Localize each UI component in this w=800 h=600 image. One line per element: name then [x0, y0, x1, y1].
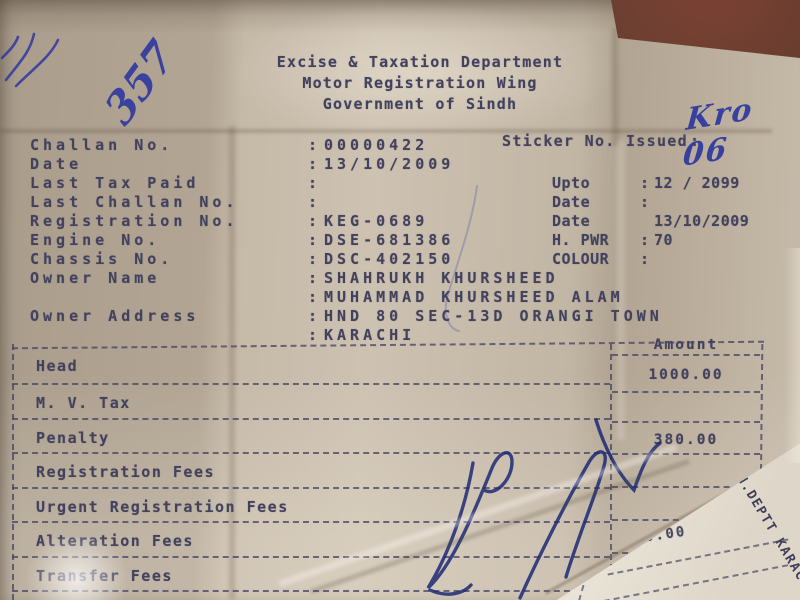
- field-separator: :: [308, 155, 324, 173]
- field-value: 12 / 2099: [654, 174, 740, 192]
- field-label: Owner Address: [30, 307, 308, 325]
- field-row: Date:: [552, 193, 654, 211]
- fee-row: Registration Fees: [12, 454, 610, 489]
- field-row: Chassis No.:DSC-402150: [30, 250, 454, 268]
- header-line-department: Excise & Taxation Department: [218, 52, 622, 73]
- field-separator: :: [308, 136, 324, 154]
- plastic-glare: [18, 538, 148, 600]
- field-row: Last Tax Paid:: [30, 174, 324, 192]
- field-row: Date:13/10/2009: [30, 155, 454, 173]
- field-label: Upto: [552, 174, 640, 192]
- amount-header-cell: Amount: [612, 334, 760, 356]
- field-label: Registration No.: [30, 212, 308, 230]
- field-value: 70: [654, 231, 673, 249]
- field-label: Date: [30, 155, 308, 173]
- field-separator: :: [308, 250, 324, 268]
- field-value: 00000422: [324, 136, 428, 154]
- field-row: Upto:12 / 2099: [552, 174, 740, 192]
- field-label: Chassis No.: [30, 250, 308, 268]
- underlying-table-line: [574, 564, 788, 600]
- amount-cell: 1000.00: [612, 356, 760, 393]
- field-value: SHAHRUKH KHURSHEED: [324, 269, 559, 287]
- document-header: Excise & Taxation Department Motor Regis…: [218, 52, 622, 115]
- field-label: Sticker No. Issued: [502, 132, 690, 150]
- field-separator: :: [640, 250, 654, 268]
- field-separator: :: [308, 307, 324, 325]
- field-separator: :: [308, 193, 324, 211]
- field-row: Engine No.:DSE-681386: [30, 231, 454, 249]
- field-row: COLOUR:: [552, 250, 654, 268]
- field-label: Date: [552, 193, 640, 211]
- fee-row: M. V. Tax: [12, 385, 610, 420]
- field-separator: :: [308, 174, 324, 192]
- field-separator: :: [308, 288, 324, 306]
- fee-header-row: Head: [12, 346, 610, 385]
- fee-row: Urgent Registration Fees: [12, 489, 610, 524]
- right-edge-sheen: [784, 248, 800, 463]
- field-separator: :: [640, 193, 654, 211]
- header-line-wing: Motor Registration Wing: [218, 73, 622, 94]
- field-label: Last Tax Paid: [30, 174, 308, 192]
- field-label: Owner Name: [30, 269, 308, 287]
- field-label: H. PWR: [552, 231, 640, 249]
- field-value: 13/10/2009: [654, 212, 749, 230]
- field-separator: :: [308, 269, 324, 287]
- field-separator: :: [308, 212, 324, 230]
- amount-cell: [612, 455, 760, 488]
- field-row: Owner Address:HND 80 SEC-13D ORANGI TOWN: [30, 307, 663, 325]
- field-label: COLOUR: [552, 250, 640, 268]
- field-row: Last Challan No.:: [30, 193, 324, 211]
- field-label: Date: [552, 212, 640, 230]
- field-label: Engine No.: [30, 231, 308, 249]
- fee-row: Penalty: [12, 420, 610, 455]
- field-value: DSE-681386: [324, 231, 454, 249]
- amount-cell: [612, 393, 760, 423]
- field-row: :MUHAMMAD KHURSHEED ALAM: [30, 288, 624, 306]
- field-label: Last Challan No.: [30, 193, 308, 211]
- field-value: DSC-402150: [324, 250, 454, 268]
- field-row: Date13/10/2009: [552, 212, 749, 230]
- field-value: 13/10/2009: [324, 155, 454, 173]
- field-label: Challan No.: [30, 136, 308, 154]
- amount-cell: 380.00: [612, 423, 760, 455]
- underlying-stamp-text: N.DEPTT KARAC: [733, 472, 800, 584]
- field-row-sticker: Sticker No. Issued:: [502, 132, 704, 150]
- field-value: KEG-0689: [324, 212, 428, 230]
- field-row: H. PWR:70: [552, 231, 673, 249]
- field-separator: :: [640, 174, 654, 192]
- field-value: HND 80 SEC-13D ORANGI TOWN: [324, 307, 663, 325]
- header-line-government: Government of Sindh: [218, 94, 622, 115]
- field-row: Registration No.:KEG-0689: [30, 212, 428, 230]
- challan-photo: Excise & Taxation Department Motor Regis…: [0, 0, 800, 600]
- field-row: Challan No.:00000422: [30, 136, 428, 154]
- field-row: Owner Name:SHAHRUKH KHURSHEED: [30, 269, 559, 287]
- field-value: MUHAMMAD KHURSHEED ALAM: [324, 288, 624, 306]
- field-separator: :: [640, 231, 654, 249]
- field-separator: :: [308, 231, 324, 249]
